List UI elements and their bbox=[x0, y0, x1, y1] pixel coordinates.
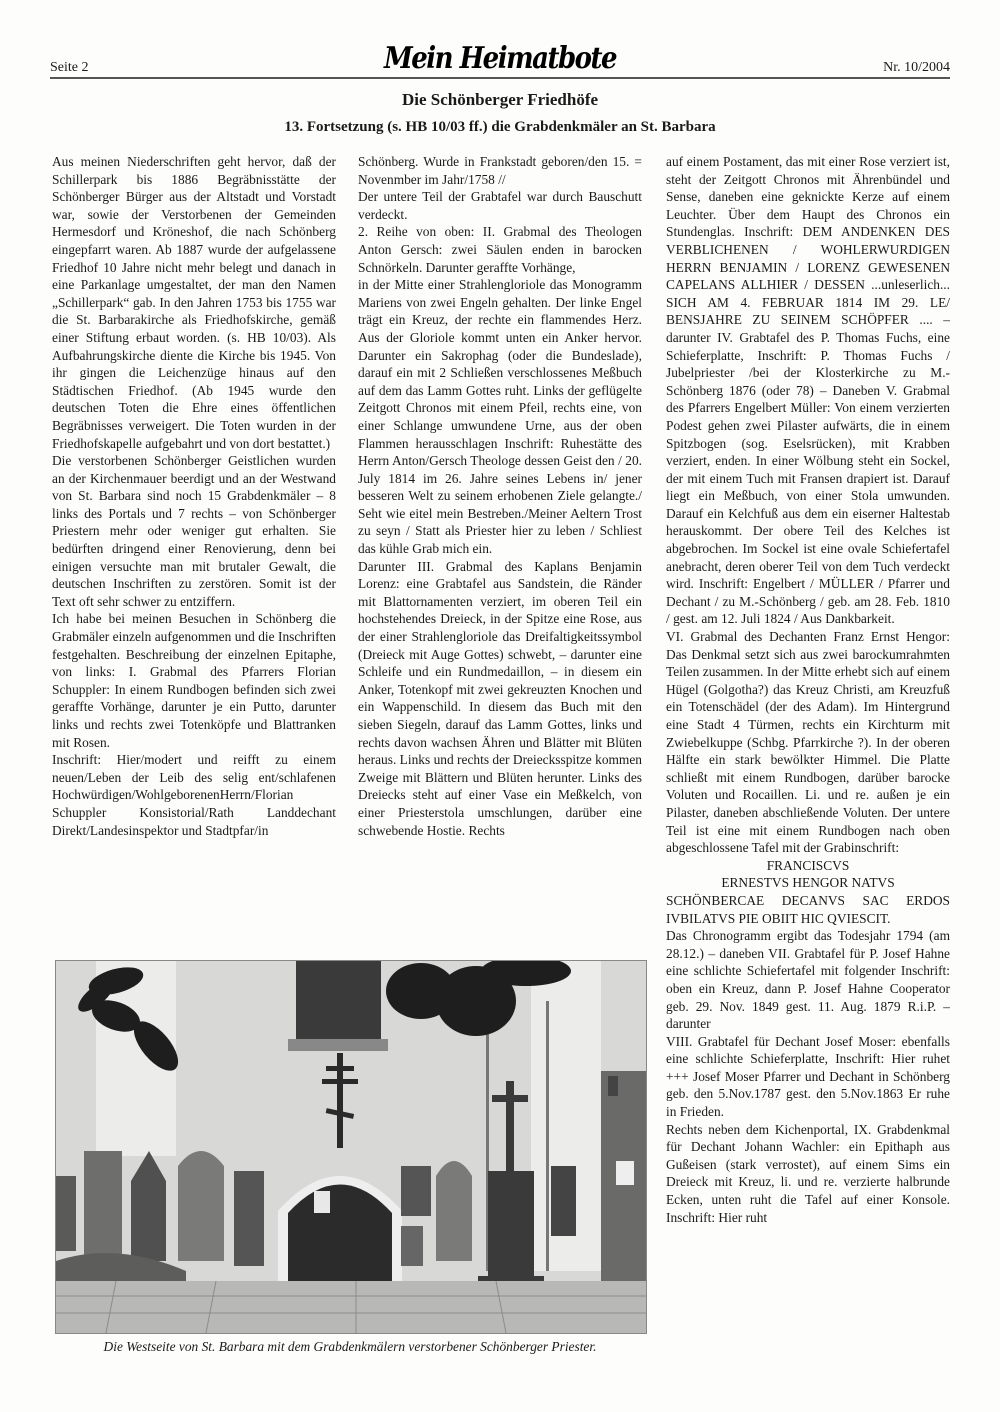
paragraph: Darunter III. Grabmal des Kaplans Benjam… bbox=[358, 558, 642, 840]
paragraph: Das Chronogramm ergibt das Todesjahr 179… bbox=[666, 927, 950, 1033]
paragraph: Rechts neben dem Kichenportal, IX. Grabd… bbox=[666, 1121, 950, 1227]
article-subtitle: 13. Fortsetzung (s. HB 10/03 ff.) die Gr… bbox=[0, 119, 1000, 136]
paragraph: in der Mitte einer Strahlengloriole das … bbox=[358, 276, 642, 558]
inscription-line: ERNESTVS HENGOR NATVS bbox=[666, 874, 950, 892]
inscription-line: FRANCISCVS bbox=[666, 857, 950, 875]
church-photo bbox=[55, 960, 647, 1334]
masthead-logo: Mein Heimatbote bbox=[384, 42, 616, 77]
text-column-2: Schönberg. Wurde in Frankstadt geboren/d… bbox=[358, 153, 642, 839]
header-rule bbox=[50, 77, 950, 79]
paragraph: Der untere Teil der Grabtafel war durch … bbox=[358, 188, 642, 223]
text-column-1: Aus meinen Niederschriften geht hervor, … bbox=[52, 153, 336, 839]
paragraph: Inschrift: Hier/modert und reifft zu ein… bbox=[52, 751, 336, 839]
issue-number: Nr. 10/2004 bbox=[883, 60, 950, 76]
paragraph: Aus meinen Niederschriften geht hervor, … bbox=[52, 153, 336, 452]
paragraph: VI. Grabmal des Dechanten Franz Ernst He… bbox=[666, 628, 950, 857]
paragraph: 2. Reihe von oben: II. Grabmal des Theol… bbox=[358, 223, 642, 276]
page-number: Seite 2 bbox=[50, 60, 89, 76]
newspaper-page: Seite 2 Mein Heimatbote Nr. 10/2004 Die … bbox=[0, 0, 1000, 1412]
paragraph: Schönberg. Wurde in Frankstadt geboren/d… bbox=[358, 153, 642, 188]
text-column-3: auf einem Postament, das mit einer Rose … bbox=[666, 153, 950, 1393]
church-facade-illustration bbox=[56, 961, 646, 1333]
paragraph: Ich habe bei meinen Besuchen in Schönber… bbox=[52, 610, 336, 751]
article-title: Die Schönberger Friedhöfe bbox=[0, 90, 1000, 110]
photo-caption: Die Westseite von St. Barbara mit dem Gr… bbox=[30, 1339, 670, 1355]
page-header: Seite 2 Mein Heimatbote Nr. 10/2004 bbox=[50, 52, 950, 78]
paragraph: VIII. Grabtafel für Dechant Josef Moser:… bbox=[666, 1033, 950, 1121]
inscription-line: SCHÖNBERCAE DECANVS SAC ERDOS IVBILATVS … bbox=[666, 892, 950, 927]
paragraph: Die verstorbenen Schönberger Geistlichen… bbox=[52, 452, 336, 610]
paragraph: auf einem Postament, das mit einer Rose … bbox=[666, 153, 950, 628]
